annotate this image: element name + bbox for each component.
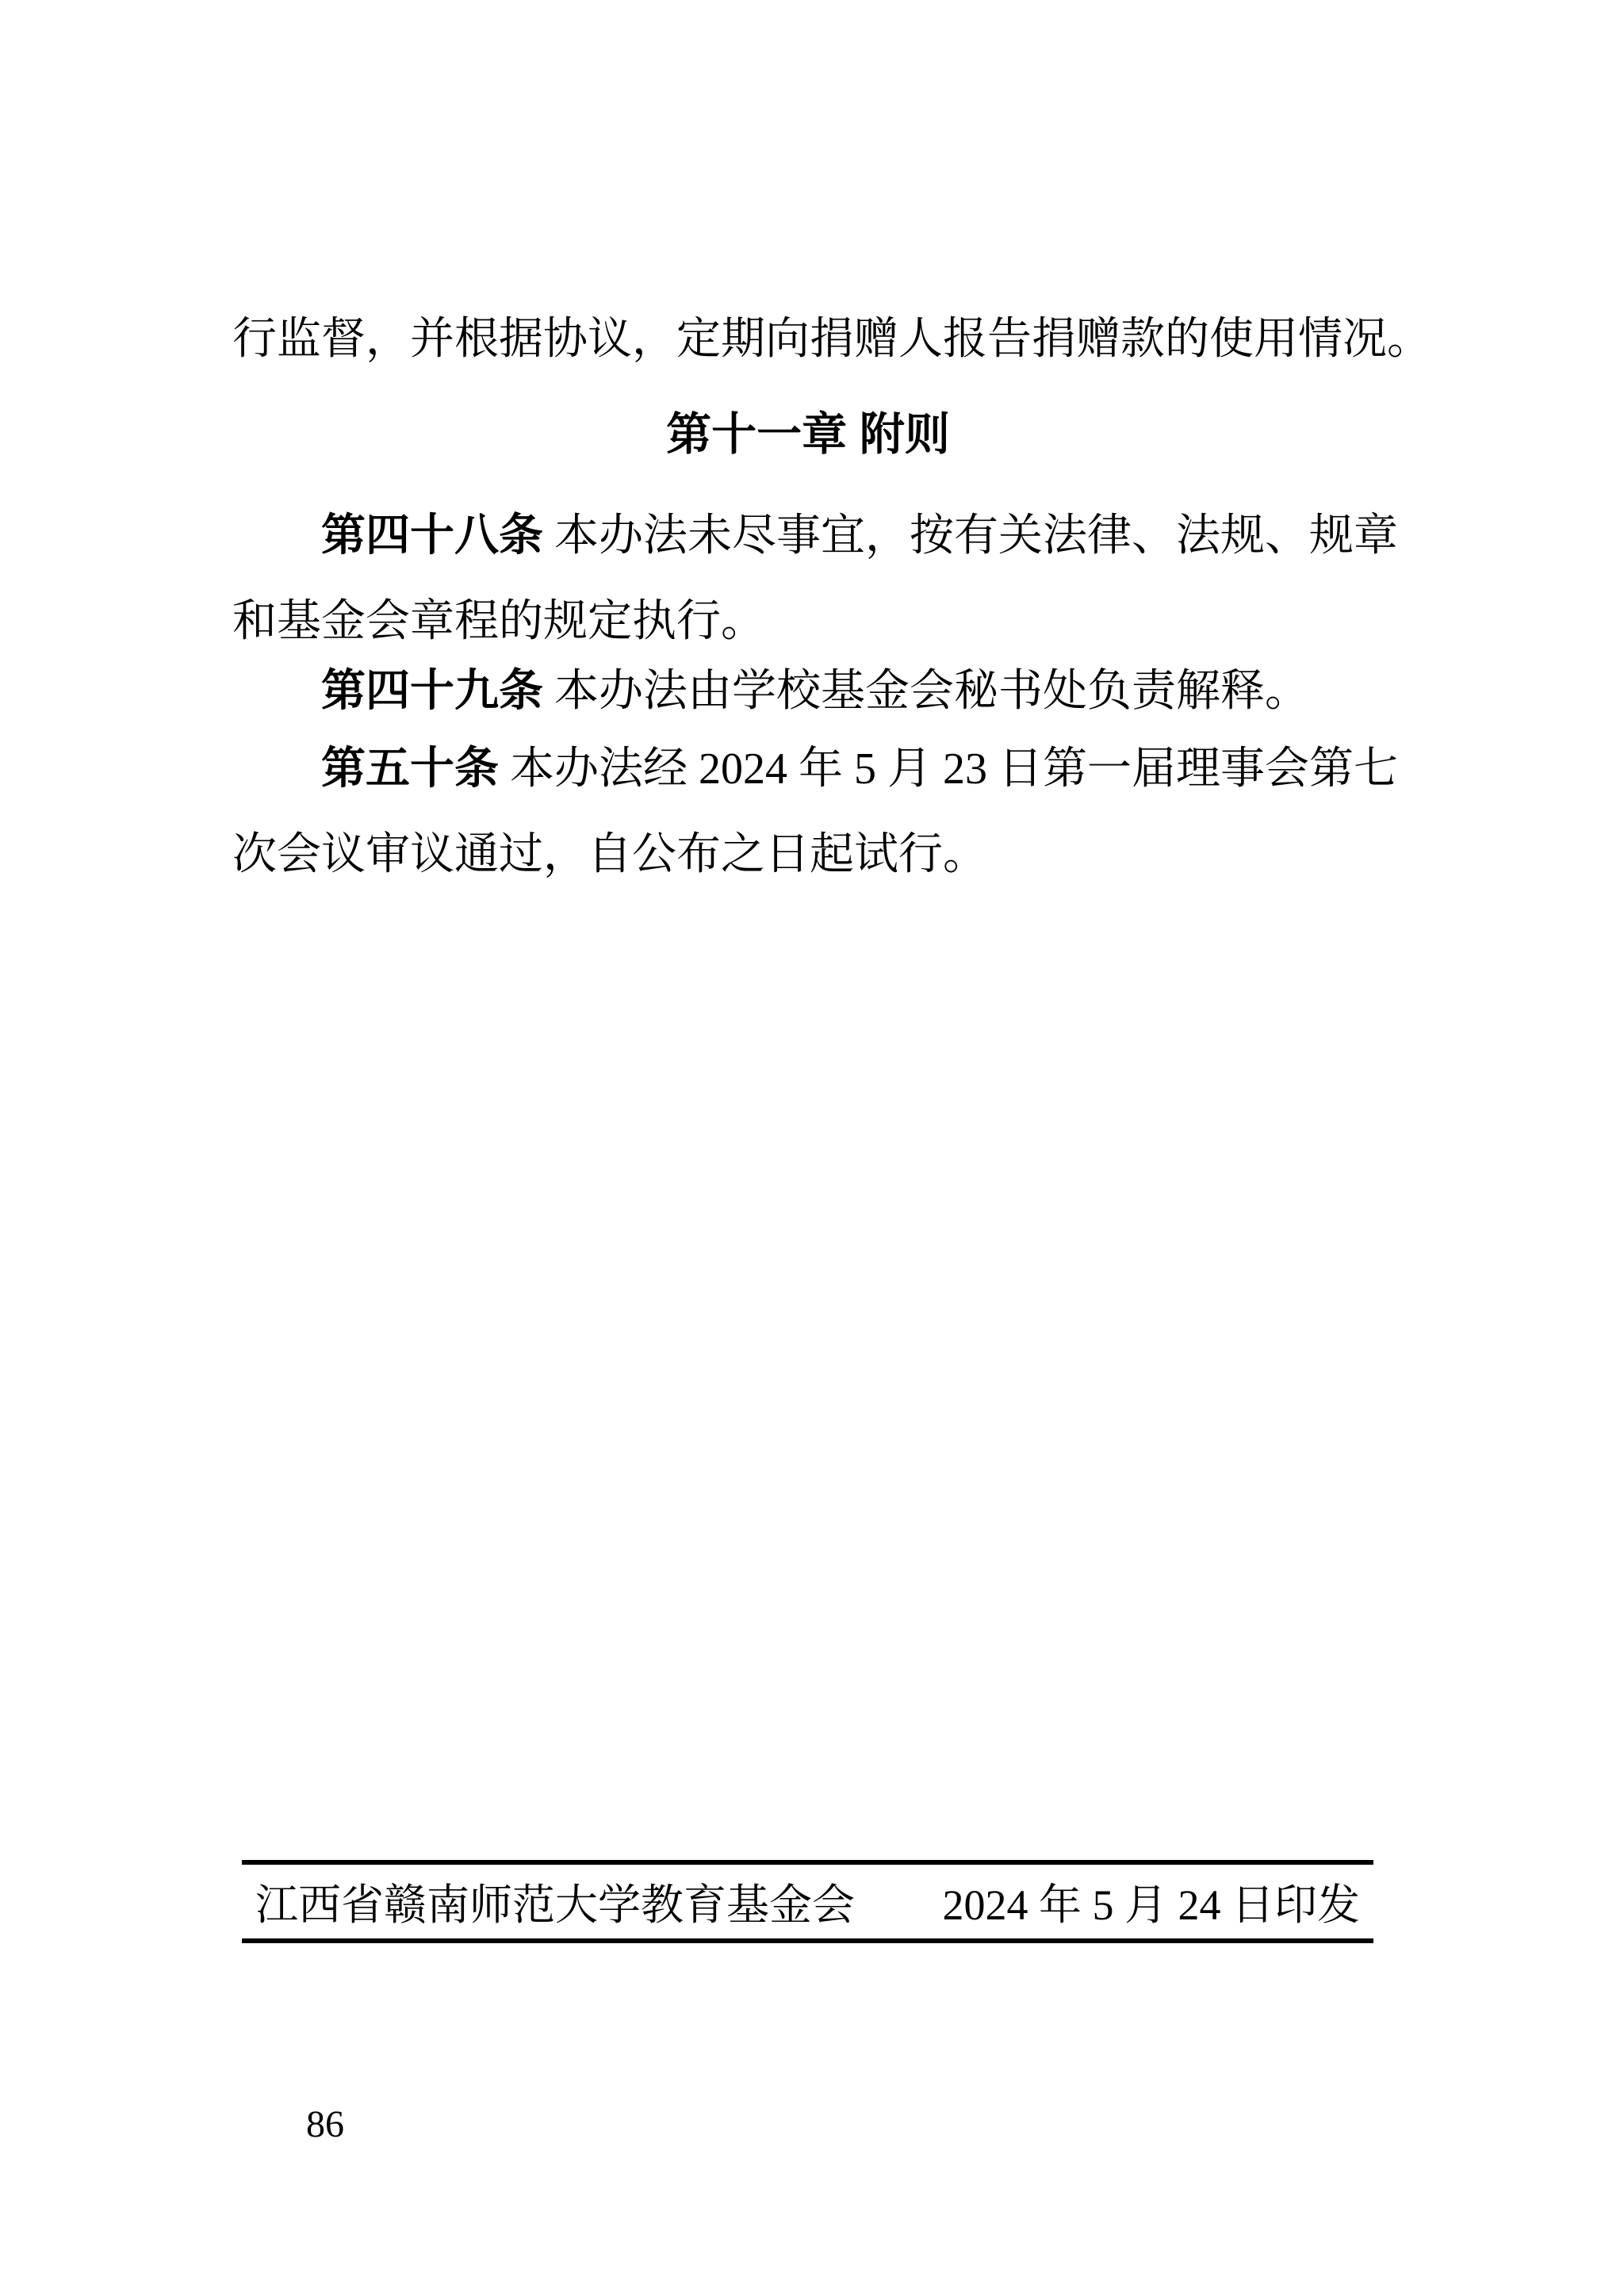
chapter-heading: 第十一章 附则: [232, 392, 1384, 477]
article-48-label: 第四十八条: [321, 511, 543, 561]
article-48-text-line-1: 本办法未尽事宜，按有关法律、法规、规章: [543, 511, 1398, 561]
issuance-footer: 江西省赣南师范大学教育基金会 2024 年 5 月 24 日印发: [242, 1860, 1373, 1943]
page-number: 86: [306, 2103, 344, 2147]
article-49-text: 本办法由学校基金会秘书处负责解释。: [543, 667, 1309, 716]
paragraph-continuation-line: 行监督，并根据协议，定期向捐赠人报告捐赠款的使用情况。: [232, 297, 1384, 382]
article-50-text-line-1: 本办法经 2024 年 5 月 23 日第一届理事会第七: [499, 744, 1398, 794]
article-50-line-1: 第五十条 本办法经 2024 年 5 月 23 日第一届理事会第七: [232, 726, 1384, 812]
document-page: 行监督，并根据协议，定期向捐赠人报告捐赠款的使用情况。 第十一章 附则 第四十八…: [0, 0, 1624, 2296]
footer-issuer: 江西省赣南师范大学教育基金会: [255, 1871, 855, 1932]
article-50-line-2: 次会议审议通过，自公布之日起试行。: [232, 812, 1384, 897]
article-49-line: 第四十九条 本办法由学校基金会秘书处负责解释。: [232, 649, 1384, 734]
footer-issue-date: 2024 年 5 月 24 日印发: [943, 1871, 1361, 1932]
continuation-text: 行监督，并根据协议，定期向捐赠人报告捐赠款的使用情况。: [232, 315, 1431, 364]
article-50-label: 第五十条: [321, 744, 499, 794]
article-48-line-1: 第四十八条 本办法未尽事宜，按有关法律、法规、规章: [232, 493, 1384, 579]
article-49-label: 第四十九条: [321, 667, 543, 716]
article-48-text-line-2: 和基金会章程的规定执行。: [232, 597, 765, 646]
article-50-text-line-2: 次会议审议通过，自公布之日起试行。: [232, 830, 987, 879]
